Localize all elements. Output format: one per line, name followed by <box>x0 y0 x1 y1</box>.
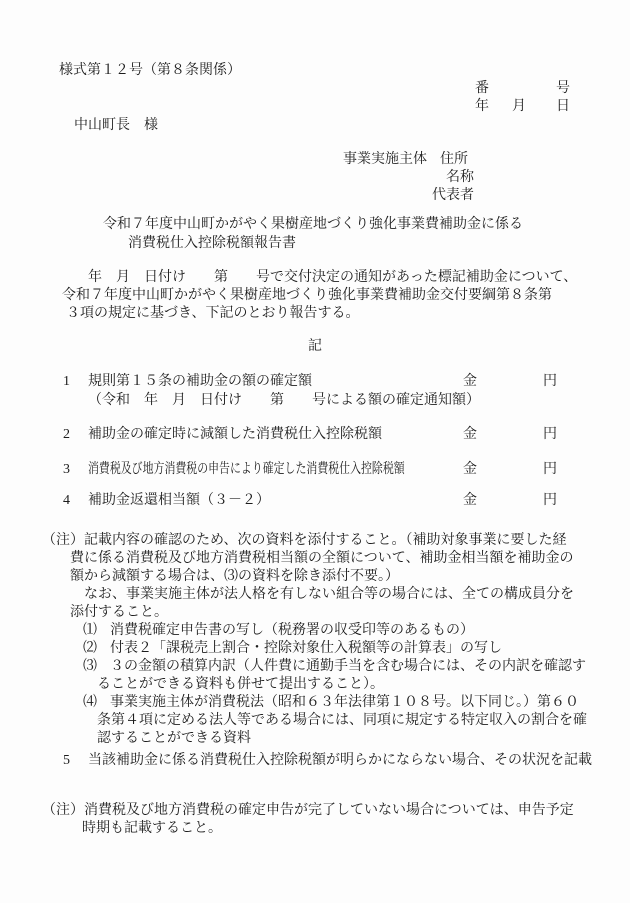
attachment-marker: ⑶ <box>83 659 97 674</box>
attachment-marker: ⑷ <box>83 695 97 710</box>
item-text: 補助金の確定時に減額した消費税仕入控除税額 <box>88 427 382 442</box>
attachment-line: 事業実施主体が消費税法（昭和６３年法律第１０８号。以下同じ。）第６０ <box>110 695 579 710</box>
body-paragraph-line2: 令和７年度中山町かがやく果樹産地づくり強化事業費補助金交付要綱第８条第 <box>62 288 552 303</box>
item-text: 当該補助金に係る消費税仕入控除税額が明らかにならない場合、その状況を記載 <box>88 753 592 768</box>
attachment-line: 認することができる資料 <box>97 731 251 746</box>
note-line: なお、事業実施主体が法人格を有しない組合等の場合には、全ての構成員分を <box>70 587 574 602</box>
note-line: 額から減額する場合は、⑶の資料を除き添付不要。） <box>70 569 399 584</box>
attachment-line: 付表２「課税売上割合・控除対象仕入税額等の計算表」の写し <box>110 641 502 656</box>
note-line: （注）記載内容の確認のため、次の資料を添付すること。（補助対象事業に要した経 <box>42 533 566 548</box>
amount-unit: 円 <box>543 374 557 389</box>
amount-prefix: 金 <box>463 493 477 508</box>
amount-unit: 円 <box>543 493 557 508</box>
amount-prefix: 金 <box>463 462 477 477</box>
item-text: 補助金返還相当額（３－２） <box>88 493 270 508</box>
item-subnote: （令和 年 月 日付け 第 号による額の確定通知額） <box>88 393 480 408</box>
amount-prefix: 金 <box>463 374 477 389</box>
document-page: 様式第１２号（第８条関係） 番 号 年 月 日 中山町長 様 事業実施主体 住所… <box>0 0 630 903</box>
note-line: （注）消費税及び地方消費税の確定申告が完了していない場合については、申告予定 <box>42 803 574 818</box>
form-number-label: 様式第１２号（第８条関係） <box>59 63 241 78</box>
date-year-label: 年 <box>475 99 489 114</box>
item-number: 4 <box>63 493 70 508</box>
note-line: 費に係る消費税及び地方消費税相当額の全額について、補助金相当額を補助金の <box>70 551 573 566</box>
note-line: 添付すること。 <box>70 605 168 620</box>
issuer-representative-label: 代表者 <box>432 188 474 203</box>
attachment-line: 条第４項に定める法人等である場合には、同項に規定する特定収入の割合を確 <box>97 713 587 728</box>
amount-unit: 円 <box>543 427 557 442</box>
amount-prefix: 金 <box>463 427 477 442</box>
number-ban-label: 番 <box>475 81 489 96</box>
doc-title-line1: 令和７年度中山町かがやく果樹産地づくり強化事業費補助金に係る <box>103 217 523 232</box>
body-paragraph-line1: 年 月 日付け 第 号で交付決定の通知があった標記補助金について、 <box>88 270 577 285</box>
date-month-label: 月 <box>512 99 526 114</box>
note-line: 時期も記載すること。 <box>82 821 222 836</box>
item-number: 2 <box>63 427 70 442</box>
item-text: 消費税及び地方消費税の申告により確定した消費税仕入控除税額 <box>88 462 405 477</box>
date-day-label: 日 <box>556 99 570 114</box>
attachment-marker: ⑵ <box>83 641 97 656</box>
attachment-marker: ⑴ <box>83 623 97 638</box>
body-paragraph-line3: ３項の規定に基づき、下記のとおり報告する。 <box>66 306 359 321</box>
attachment-line: 消費税確定申告書の写し（税務署の収受印等のあるもの） <box>110 623 474 638</box>
addressee-label: 中山町長 様 <box>74 118 158 133</box>
item-text: 規則第１５条の補助金の額の確定額 <box>88 374 312 389</box>
number-go-label: 号 <box>556 81 570 96</box>
issuer-entity-label: 事業実施主体 <box>343 152 427 167</box>
record-heading: 記 <box>0 339 630 354</box>
attachment-line: ることができる資料も併せて提出すること）。 <box>97 677 384 692</box>
issuer-name-label: 名称 <box>446 170 474 185</box>
doc-title-line2: 消費税仕入控除税額報告書 <box>128 236 296 251</box>
item-number: 1 <box>63 374 70 389</box>
item-number: 5 <box>63 753 70 768</box>
amount-unit: 円 <box>543 462 557 477</box>
item-number: 3 <box>63 462 70 477</box>
issuer-address-label: 住所 <box>440 152 468 167</box>
attachment-line: ３の金額の積算内訳（人件費に通勤手当を含む場合には、その内訳を確認す <box>110 659 586 674</box>
